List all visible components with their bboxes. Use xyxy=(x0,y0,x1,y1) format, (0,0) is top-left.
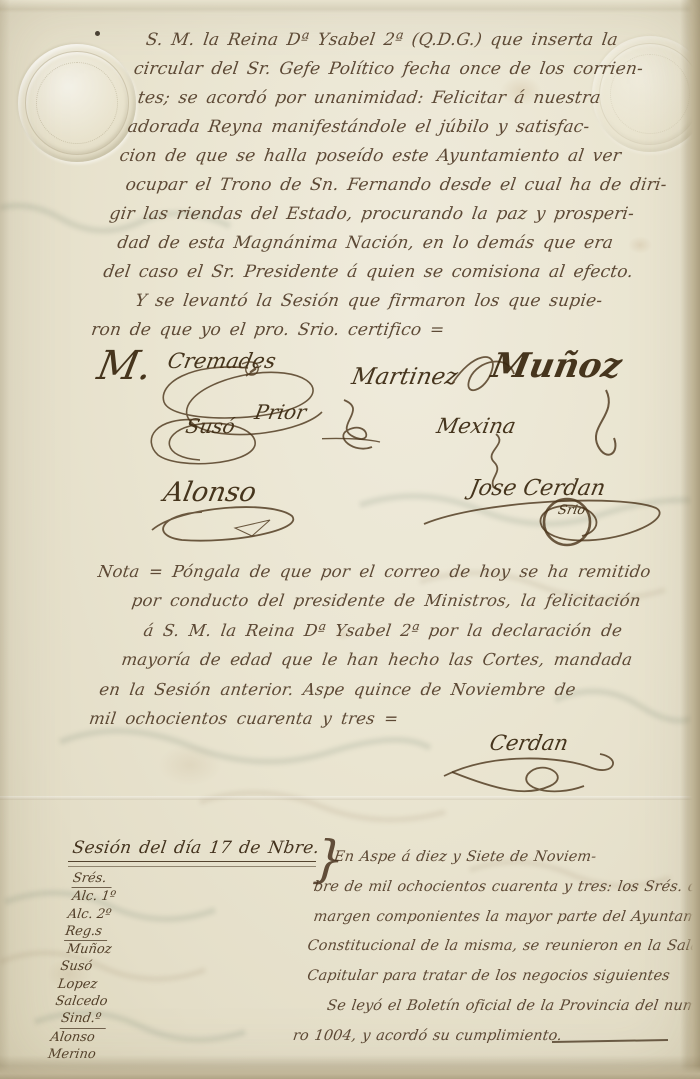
attendee-name: Alc. 1º xyxy=(71,888,125,905)
attendee-margin-list: Srés. Alc. 1º Alc. 2º Reg.s Muñoz Susó L… xyxy=(47,870,128,1063)
manuscript-line: Se leyó el Boletín oficial de la Provinc… xyxy=(325,992,700,1022)
manuscript-line: S. M. la Reina Dª Ysabel 2ª (Q.D.G.) que… xyxy=(144,26,689,55)
manuscript-line: ro 1004, y acordó su cumplimiento. xyxy=(291,1022,700,1052)
manuscript-line: adorada Reyna manifestándole el júbilo y… xyxy=(126,113,677,142)
manuscript-line: en la Sesión anterior. Aspe quince de No… xyxy=(97,675,636,704)
attendee-name: Alonso xyxy=(49,1029,105,1046)
manuscript-line: mil ochocientos cuarenta y tres = xyxy=(87,704,632,733)
session-body: En Aspe á diez y Siete de Noviem- bre de… xyxy=(307,843,700,1052)
signature-flourish xyxy=(578,388,628,468)
page-edge-right xyxy=(680,0,700,1079)
manuscript-line: tes; se acordó por unanimidad: Felicitar… xyxy=(136,84,681,113)
manuscript-line: ron de que yo el pro. Srio. certifico = xyxy=(89,316,648,345)
attendee-name: Alc. 2º xyxy=(67,906,123,923)
manuscript-line: Constitucional de la misma, se reunieron… xyxy=(305,932,700,962)
attendee-name: Lopez xyxy=(57,976,113,993)
foxing-stain xyxy=(158,744,222,786)
manuscript-line: circular del Sr. Gefe Político fecha onc… xyxy=(132,55,685,84)
embossed-seal-icon xyxy=(18,44,136,162)
signature-initial: M. xyxy=(94,343,157,389)
manuscript-line: mayoría de edad que le han hecho las Cor… xyxy=(119,645,640,674)
manuscript-line: por conducto del presidente de Ministros… xyxy=(130,586,649,615)
manuscript-line: cion de que se halla poseído este Ayunta… xyxy=(118,142,673,171)
act-paragraph: S. M. la Reina Dª Ysabel 2ª (Q.D.G.) que… xyxy=(103,26,689,345)
page-edge-left xyxy=(0,0,10,1079)
manuscript-line: En Aspe á diez y Siete de Noviem- xyxy=(332,843,700,873)
signature-secretary-title: Srio xyxy=(557,503,587,518)
signature-mexina: Mexina xyxy=(435,414,518,438)
manuscript-line: á S. M. la Reina Dª Ysabel 2ª por la dec… xyxy=(142,616,645,645)
signature-martinez: Martinez xyxy=(349,364,459,390)
manuscript-line: Capitular para tratar de los negocios si… xyxy=(305,962,700,992)
attendee-name: Sind.º xyxy=(60,1010,109,1028)
nota-paragraph: Nota = Póngala de que por el correo de h… xyxy=(75,557,653,733)
manuscript-line: dad de esta Magnánima Nación, en lo demá… xyxy=(115,229,660,258)
signature-jose-cerdan: Jose Cerdan xyxy=(468,476,608,501)
manuscript-line: ocupar el Trono de Sn. Fernando desde el… xyxy=(124,171,669,200)
manuscript-line: Y se levantó la Sesión que firmaron los … xyxy=(133,287,652,316)
manuscript-line: Nota = Póngala de que por el correo de h… xyxy=(96,557,653,586)
signature-cerdan-nota: Cerdan xyxy=(488,731,571,755)
ink-dot xyxy=(95,31,100,36)
signature-cremades: Cremades xyxy=(166,349,278,373)
page-edge-bottom xyxy=(0,1055,700,1079)
signature-prior: Prior xyxy=(253,400,309,424)
signature-flourish xyxy=(322,392,392,462)
attendee-name: Salcedo xyxy=(54,993,110,1010)
manuscript-line: bre de mil ochocientos cuarenta y tres: … xyxy=(312,873,700,903)
manuscript-line: gir las riendas del Estado, procurando l… xyxy=(107,200,664,229)
attendee-name: Muñoz xyxy=(66,941,118,958)
attendee-name: Susó xyxy=(59,958,115,975)
manuscript-line: margen componientes la mayor parte del A… xyxy=(311,903,700,933)
manuscript-line: del caso el Sr. Presidente á quien se co… xyxy=(101,258,656,287)
signature-suso: Susó xyxy=(184,414,238,438)
page-edge-top xyxy=(0,0,700,13)
signature-munoz: Muñoz xyxy=(488,346,625,386)
paper-crease xyxy=(0,796,700,800)
heading-underline xyxy=(68,861,316,867)
attendee-name: Srés. xyxy=(71,870,128,888)
session-heading: Sesión del día 17 de Nbre. xyxy=(71,838,320,858)
manuscript-page: S. M. la Reina Dª Ysabel 2ª (Q.D.G.) que… xyxy=(0,0,700,1079)
attendee-name: Reg.s xyxy=(64,923,121,941)
signature-alonso: Alonso xyxy=(161,477,259,508)
